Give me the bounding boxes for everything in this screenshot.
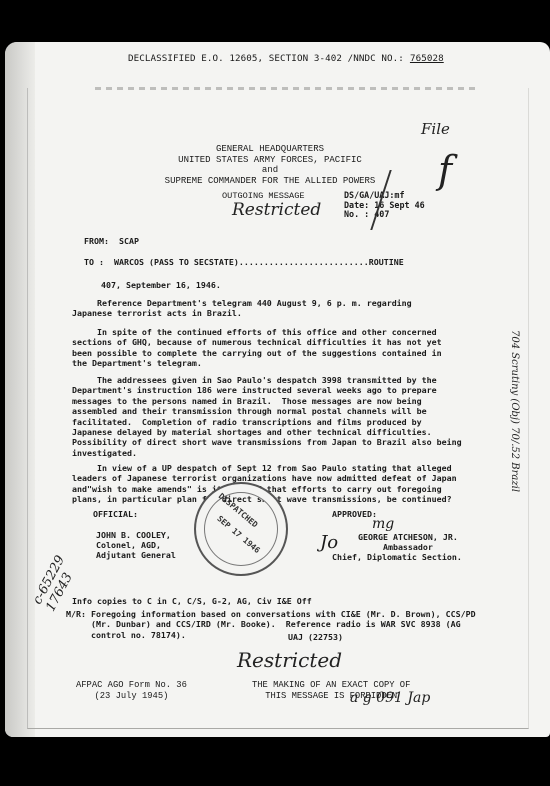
restricted-handwritten-bottom: Restricted (237, 648, 342, 672)
restricted-handwritten-top: Restricted (232, 200, 321, 220)
official-signature-block: JOHN B. COOLEY, Colonel, AGD, Adjutant G… (96, 530, 176, 561)
side-handwritten-note: 704 Scrutiny (Obj) 70/.52 Brazil (509, 330, 520, 492)
date-label: Date: (344, 200, 369, 210)
uaj-reference: UAJ (22753) (288, 632, 343, 642)
scan-artifact-line (95, 87, 475, 90)
declassification-label: DECLASSIFIED E.O. 12605, SECTION 3-402 /… (128, 53, 404, 64)
from-line: FROM: SCAP (84, 236, 139, 246)
form-number: AFPAC AGO Form No. 36 (76, 680, 187, 691)
letterhead-line-3: and (130, 165, 410, 176)
number-label: No. : (344, 209, 369, 219)
paragraph-1: Reference Department's telegram 440 Augu… (72, 298, 462, 319)
approved-signature-block: GEORGE ATCHESON, JR. Ambassador Chief, D… (332, 532, 462, 563)
nndc-number: 765028 (410, 53, 444, 64)
to-value: WARCOS (PASS TO SECSTATE)...............… (114, 257, 404, 267)
from-value: SCAP (119, 236, 139, 246)
info-copies: Info copies to C in C, C/S, G-2, AG, Civ… (72, 596, 312, 606)
form-date: (23 July 1945) (76, 691, 187, 702)
official-title: Adjutant General (96, 550, 176, 560)
approval-signature: mg (372, 516, 394, 532)
message-dateline: 407, September 16, 1946. (101, 280, 221, 290)
letterhead: GENERAL HEADQUARTERS UNITED STATES ARMY … (130, 144, 410, 186)
approved-title: Chief, Diplomatic Section. (332, 552, 462, 562)
declassification-stamp: DECLASSIFIED E.O. 12605, SECTION 3-402 /… (128, 53, 444, 64)
copy-notice-line-1: THE MAKING OF AN EXACT COPY OF (252, 680, 410, 691)
paragraph-2: In spite of the continued efforts of thi… (72, 327, 462, 369)
official-rank: Colonel, AGD, (96, 540, 176, 550)
from-label: FROM: (84, 236, 109, 246)
file-reference-handwritten: a g 091 Jap (350, 690, 430, 706)
approved-rank: Ambassador (332, 542, 462, 552)
handwritten-initial: f (438, 148, 452, 192)
approved-name: GEORGE ATCHESON, JR. (332, 532, 462, 542)
memo-for-record: M/R: Foregoing information based on conv… (66, 609, 456, 640)
file-handwritten-note: File (421, 120, 450, 138)
letterhead-line-4: SUPREME COMMANDER FOR THE ALLIED POWERS (130, 176, 410, 187)
dispatched-stamp: DISPATCHED SEP 17 1946 (194, 482, 288, 576)
official-label: OFFICIAL: (93, 509, 138, 519)
form-number-block: AFPAC AGO Form No. 36 (23 July 1945) (76, 680, 187, 701)
letterhead-line-2: UNITED STATES ARMY FORCES, PACIFIC (130, 155, 410, 166)
to-line: TO : WARCOS (PASS TO SECSTATE)..........… (84, 257, 404, 267)
approved-label: APPROVED: (332, 509, 377, 519)
official-name: JOHN B. COOLEY, (96, 530, 176, 540)
letterhead-line-1: GENERAL HEADQUARTERS (130, 144, 410, 155)
paragraph-3: The addressees given in Sao Paulo's desp… (72, 375, 462, 458)
to-label: TO : (84, 257, 104, 267)
